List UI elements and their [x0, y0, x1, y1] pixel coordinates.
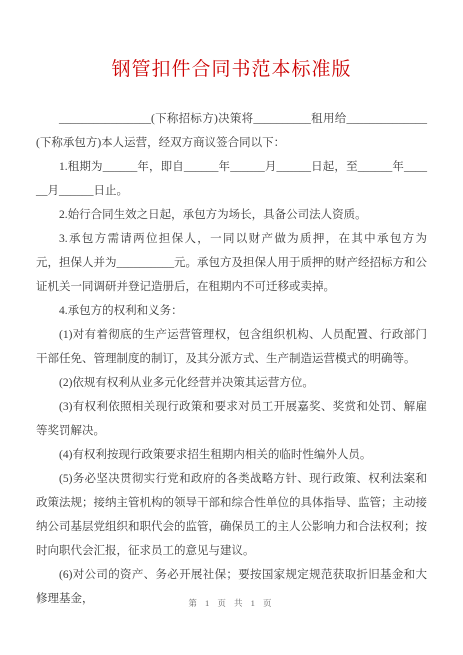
- contract-paragraph-item-4: (4)有权利按现行政策要求招生租期内相关的临时性编外人员。: [36, 443, 427, 467]
- contract-body: ________________(下称招标方)决策将__________租用给_…: [36, 107, 427, 611]
- contract-paragraph-clause-2: 2.始行合同生效之日起，承包方为场长，具备公司法人资质。: [36, 203, 427, 227]
- contract-paragraph-intro: ________________(下称招标方)决策将__________租用给_…: [36, 107, 427, 155]
- contract-paragraph-item-3: (3)有权利依照相关现行政策和要求对员工开展嘉奖、奖赏和处罚、解雇等奖罚解决。: [36, 395, 427, 443]
- contract-paragraph-item-2: (2)依规有权利从业多元化经营并决策其运营方位。: [36, 371, 427, 395]
- contract-paragraph-clause-3: 3.承包方需请两位担保人，一同以财产做为质押，在其中承包方为 元，担保人并为__…: [36, 227, 427, 299]
- contract-paragraph-clause-4: 4.承包方的权利和义务：: [36, 299, 427, 323]
- document-title: 钢管扣件合同书范本标准版: [0, 0, 463, 81]
- contract-paragraph-term: 1.租期为______年，即自______年______月______日起，至_…: [36, 155, 427, 203]
- document-page: 钢管扣件合同书范本标准版 ________________(下称招标方)决策将_…: [0, 0, 463, 655]
- contract-paragraph-item-1: (1)对有着彻底的生产运营管理权，包含组织机构、人员配置、行政部门干部任免、管理…: [36, 323, 427, 371]
- contract-paragraph-item-5: (5)务必坚决贯彻实行党和政府的各类战略方针、现行政策、权利法案和政策法规；接纳…: [36, 467, 427, 563]
- page-number: 第 1 页 共 1 页: [0, 597, 463, 609]
